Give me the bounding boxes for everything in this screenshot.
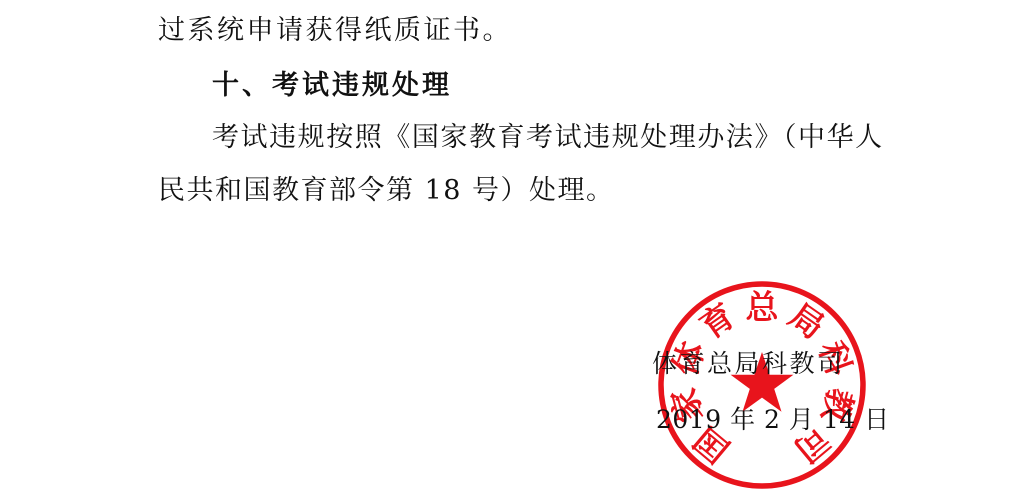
signature-organization: 体育总局科教司 (652, 350, 845, 378)
seal-char: 总 (746, 288, 780, 327)
signature-date: 2019 年 2 月 14 日 (656, 406, 890, 434)
section-heading: 十、考试违规处理 (212, 71, 452, 101)
official-seal: 国家体育总局科教司 (655, 278, 869, 492)
paragraph-line: 民共和国教育部令第 18 号）处理。 (158, 176, 615, 206)
paragraph-continuation: 过系统申请获得纸质证书。 (158, 16, 512, 46)
paragraph-line: 考试违规按照《国家教育考试违规处理办法》（中华人 (212, 123, 884, 153)
